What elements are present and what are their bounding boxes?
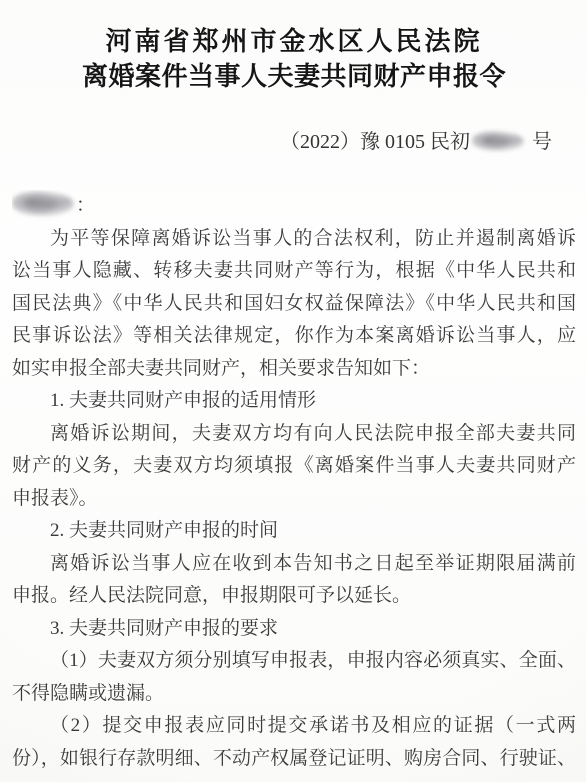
body-line: 离婚诉讼当事人应在收到本告知书之日起至举证期限届满前	[12, 548, 576, 581]
addressee-redaction-blur	[12, 191, 74, 216]
body-line: 2. 夫妻共同财产申报的时间	[12, 515, 576, 548]
body-line: 不得隐瞒或遗漏。	[12, 678, 576, 711]
body-line: （1）夫妻双方须分别填写申报表，申报内容必须真实、全面、	[12, 645, 576, 678]
body-line: 财产的义务，夫妻双方均须填报《离婚案件当事人夫妻共同财产	[12, 450, 576, 483]
body-line: 民事诉讼法》等相关法律规定，你作为本案离婚诉讼当事人，应	[12, 320, 576, 353]
body-line: 为平等保障离婚诉讼当事人的合法权利，防止并遏制离婚诉	[12, 223, 576, 256]
body-line: 申报。经人民法院同意，申报期限可予以延长。	[12, 580, 576, 613]
addressee-line: ：	[12, 190, 576, 223]
scanned-court-document: 河南省郑州市金水区人民法院 离婚案件当事人夫妻共同财产申报令 （2022）豫 0…	[0, 0, 586, 782]
body-line: 3. 夫妻共同财产申报的要求	[12, 613, 576, 646]
document-body: ： 为平等保障离婚诉讼当事人的合法权利，防止并遏制离婚诉讼当事人隐藏、转移夫妻共…	[12, 190, 576, 775]
case-number-redaction-blur	[472, 131, 524, 151]
case-number-suffix: 号	[532, 131, 552, 153]
body-line: 国民法典》《中华人民共和国妇女权益保障法》《中华人民共和国	[12, 288, 576, 321]
body-line: 如实申报全部夫妻共同财产，相关要求告知如下：	[12, 353, 576, 386]
addressee-colon: ：	[76, 195, 95, 216]
court-name: 河南省郑州市金水区人民法院	[12, 24, 576, 59]
body-line: 申报表》。	[12, 483, 576, 516]
body-line: 离婚诉讼期间，夫妻双方均有向人民法院申报全部夫妻共同	[12, 418, 576, 451]
case-number-line: （2022）豫 0105 民初号	[12, 127, 576, 157]
body-line: 1. 夫妻共同财产申报的适用情形	[12, 385, 576, 418]
body-line: （2）提交申报表应同时提交承诺书及相应的证据（一式两	[12, 710, 576, 743]
document-title: 离婚案件当事人夫妻共同财产申报令	[12, 59, 576, 94]
case-number-prefix: （2022）豫 0105 民初	[280, 131, 470, 153]
document-header: 河南省郑州市金水区人民法院 离婚案件当事人夫妻共同财产申报令	[12, 24, 576, 94]
body-line: 讼当事人隐藏、转移夫妻共同财产等行为，根据《中华人民共和	[12, 255, 576, 288]
body-lines: 为平等保障离婚诉讼当事人的合法权利，防止并遏制离婚诉讼当事人隐藏、转移夫妻共同财…	[12, 223, 576, 776]
body-line: 份），如银行存款明细、不动产权属登记证明、购房合同、行驶证、	[12, 743, 576, 776]
